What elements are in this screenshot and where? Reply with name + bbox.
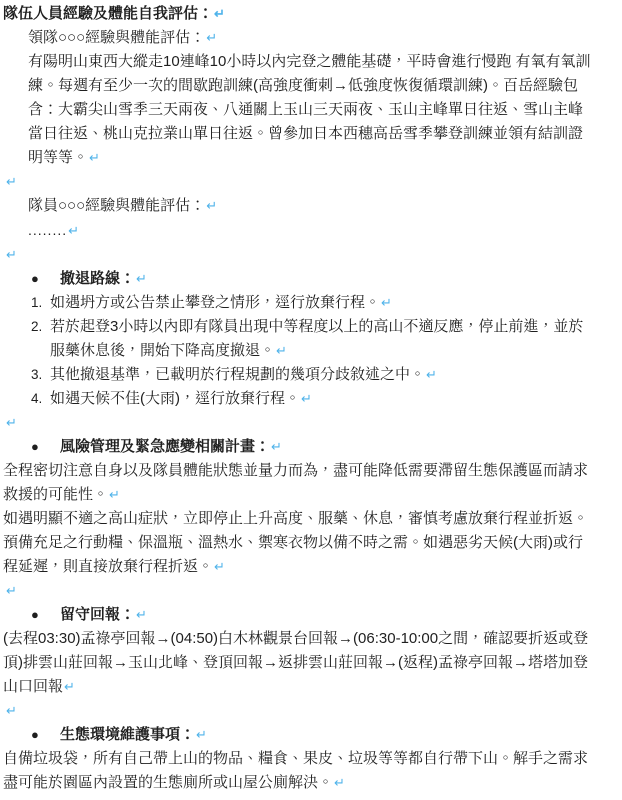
leader-eval-text: 有陽明山東西大縱走10連峰10小時以內完登之體能基礎，平時會進行慢跑 有氧有氧訓… (28, 53, 591, 166)
section-heading-retreat: ● 撤退路線：↵ (31, 267, 596, 291)
member-eval-placeholder: ........↵ (28, 218, 596, 243)
paragraph-mark-icon: ↵ (5, 247, 17, 262)
paragraph-mark-icon: ↵ (205, 198, 217, 213)
retreat-item-3: 3. 其他撤退基準，已載明於行程規劃的幾項分歧敘述之中。↵ (31, 363, 596, 387)
item-text: 如遇坍方或公告禁止攀登之情形，逕行放棄行程。↵ (50, 291, 596, 315)
item-text: 若於起登3小時以內即有隊員出現中等程度以上的高山不適反應，停止前進，並於服藥休息… (50, 315, 596, 363)
leader-eval-label: 領隊○○○經驗與體能評估： (28, 29, 205, 46)
retreat-item-4: 4. 如遇天候不佳(大雨)，逕行放棄行程。↵ (31, 387, 596, 411)
retreat-item-2: 2. 若於起登3小時以內即有隊員出現中等程度以上的高山不適反應，停止前進，並於服… (31, 315, 596, 363)
eco-paragraph: 自備垃圾袋，所有自己帶上山的物品、糧食、果皮、垃圾等等都自行帶下山。解手之需求盡… (3, 747, 596, 795)
paragraph-mark-icon: ↵ (63, 679, 75, 694)
paragraph-mark-icon: ↵ (333, 775, 345, 790)
leader-eval-paragraph: 有陽明山東西大縱走10連峰10小時以內完登之體能基礎，平時會進行慢跑 有氧有氧訓… (28, 50, 596, 170)
document-page: 隊伍人員經驗及體能自我評估：↵ 領隊○○○經驗與體能評估：↵ 有陽明山東西大縱走… (0, 0, 622, 795)
paragraph-mark-icon: ↵ (213, 6, 225, 21)
paragraph-mark-icon: ↵ (300, 391, 312, 406)
empty-line: ↵ (3, 579, 596, 603)
paragraph-mark-icon: ↵ (205, 30, 217, 45)
paragraph-mark-icon: ↵ (108, 487, 120, 502)
paragraph-mark-icon: ↵ (275, 343, 287, 358)
risk-paragraph-1: 全程密切注意自身以及隊員體能狀態並量力而為，盡可能降低需要滯留生態保護區而請求救… (3, 459, 596, 507)
paragraph-mark-icon: ↵ (135, 603, 147, 627)
paragraph-mark-icon: ↵ (5, 583, 17, 598)
member-eval-line: 隊員○○○經驗與體能評估：↵ (28, 194, 596, 218)
section-heading-risk: ● 風險管理及緊急應變相關計畫：↵ (31, 435, 596, 459)
paragraph-mark-icon: ↵ (380, 295, 392, 310)
report-paragraph: (去程03:30)孟祿亭回報→(04:50)白木林觀景台回報→(06:30-10… (3, 627, 596, 699)
placeholder-dots: ........ (28, 222, 67, 238)
paragraph-mark-icon: ↵ (213, 559, 225, 574)
paragraph-mark-icon: ↵ (425, 367, 437, 382)
member-eval-label: 隊員○○○經驗與體能評估： (28, 197, 205, 214)
leader-eval-line: 領隊○○○經驗與體能評估：↵ (28, 26, 596, 50)
paragraph-mark-icon: ↵ (5, 174, 17, 189)
paragraph-mark-icon: ↵ (5, 703, 17, 718)
retreat-item-1: 1. 如遇坍方或公告禁止攀登之情形，逕行放棄行程。↵ (31, 291, 596, 315)
item-number: 2. (31, 315, 50, 339)
doc-title: 隊伍人員經驗及體能自我評估： (3, 5, 213, 22)
section-heading-report: ● 留守回報：↵ (31, 603, 596, 627)
item-number: 4. (31, 387, 50, 411)
risk-paragraph-2: 如遇明顯不適之高山症狀，立即停止上升高度、服藥、休息，審慎考慮放棄行程並折返。預… (3, 507, 596, 579)
section-heading-eco: ● 生態環境維護事項：↵ (31, 723, 596, 747)
item-number: 3. (31, 363, 50, 387)
empty-line: ↵ (3, 411, 596, 435)
paragraph-mark-icon: ↵ (270, 435, 282, 459)
paragraph-mark-icon: ↵ (5, 415, 17, 430)
bullet-icon: ● (31, 603, 60, 627)
item-text: 其他撤退基準，已載明於行程規劃的幾項分歧敘述之中。↵ (50, 363, 596, 387)
bullet-icon: ● (31, 723, 60, 747)
empty-line: ↵ (3, 243, 596, 267)
doc-title-line: 隊伍人員經驗及體能自我評估：↵ (3, 2, 596, 26)
retreat-heading: 撤退路線： (60, 267, 135, 291)
bullet-icon: ● (31, 435, 60, 459)
eco-heading: 生態環境維護事項： (60, 723, 195, 747)
item-text: 如遇天候不佳(大雨)，逕行放棄行程。↵ (50, 387, 596, 411)
bullet-icon: ● (31, 267, 60, 291)
empty-line: ↵ (3, 699, 596, 723)
risk-heading: 風險管理及緊急應變相關計畫： (60, 435, 270, 459)
paragraph-mark-icon: ↵ (67, 223, 80, 238)
report-heading: 留守回報： (60, 603, 135, 627)
paragraph-mark-icon: ↵ (88, 150, 100, 165)
item-number: 1. (31, 291, 50, 315)
empty-line: ↵ (3, 170, 596, 194)
paragraph-mark-icon: ↵ (195, 723, 207, 747)
paragraph-mark-icon: ↵ (135, 267, 147, 291)
